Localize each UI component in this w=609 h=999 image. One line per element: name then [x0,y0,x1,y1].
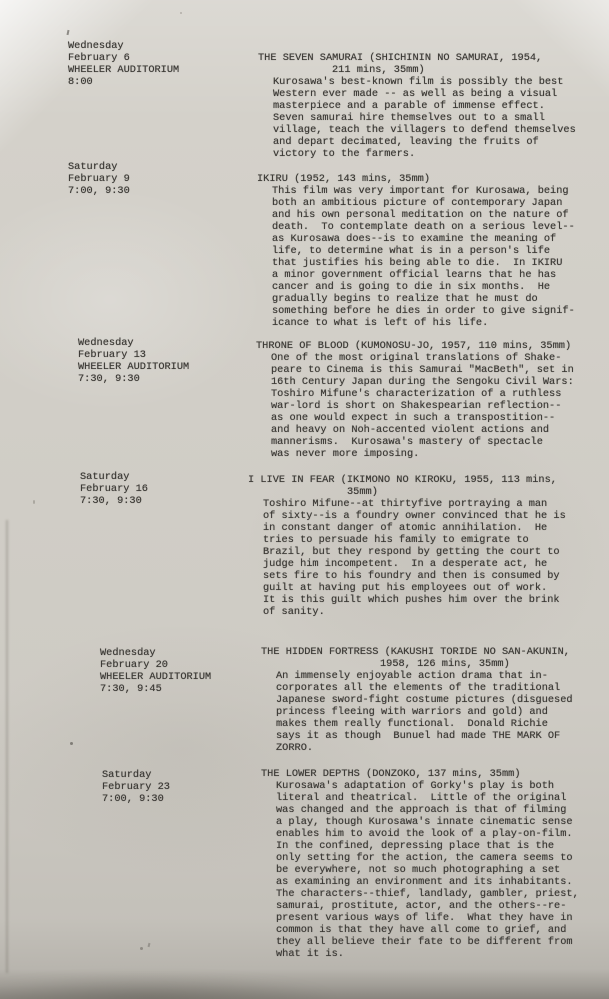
film-description-line: Toshiro Mifune's characterization of a r… [271,388,574,400]
film-description-line: a minor government official learns that … [272,269,575,281]
scan-speck [67,30,70,35]
screening-schedule: SaturdayFebruary 97:00, 9:30 [68,161,130,197]
film-description-line: something before he dies in order to giv… [272,305,575,317]
screening-schedule: SaturdayFebruary 167:30, 9:30 [80,471,148,507]
schedule-line: Wednesday [100,647,211,659]
film-description-line: in constant danger of atomic annihilatio… [263,522,566,534]
film-description-line: 16th Century Japan during the Sengoku Ci… [271,376,574,388]
scan-speck [33,500,35,504]
film-description-line: It is this guilt which pushes him over t… [263,594,566,606]
film-description-line: An immensely enjoyable action drama that… [276,670,573,682]
film-description-line: judge him incompetent. In a desperate ac… [263,558,566,570]
film-description-line: Brazil, but they respond by getting the … [263,546,566,558]
scan-speck [140,947,143,950]
film-description-line: was changed and the approach is that of … [276,804,579,816]
film-description-line: both an ambitious picture of contemporar… [272,197,575,209]
film-title-line: 35mm) [248,486,566,498]
film-description-line: Western ever made -- as well as being a … [273,88,576,100]
film-description-line: present various ways of life. What they … [276,912,579,924]
schedule-line: Saturday [80,471,148,483]
film-description-line: tries to persuade his family to emigrate… [263,534,566,546]
film-description-line: peare to Cinema is this Samurai "MacBeth… [271,364,574,376]
schedule-line: Wednesday [78,337,189,349]
film-description-line: death. To contemplate death on a serious… [272,221,575,233]
film-description-line: village, teach the villagers to defend t… [273,124,576,136]
film-description-line: as Kurosawa does--is to examine the mean… [272,233,575,245]
film-description: Toshiro Mifune--at thirtyfive portraying… [263,498,566,618]
schedule-line: February 9 [68,173,130,185]
schedule-line: 7:30, 9:30 [80,495,148,507]
schedule-line: Wednesday [68,40,179,52]
film-description-line: literal and theatrical. Little of the or… [276,792,579,804]
film-description-line: samurai, prostitute, actor, and the othe… [276,900,579,912]
film-title: THE SEVEN SAMURAI (SHICHININ NO SAMURAI,… [258,52,576,76]
film-description-line: as examining an environment and its inha… [276,876,579,888]
film-description-line: and depart decimated, leaving the fruits… [273,136,576,148]
schedule-line: February 23 [102,781,170,793]
film-description-line: sets fire to his foundry and then is con… [263,570,566,582]
film-entry: THRONE OF BLOOD (KUMONOSU-JO, 1957, 110 … [256,340,574,460]
film-description-line: war-lord is short on Shakespearian refle… [271,400,574,412]
schedule-line: Saturday [68,161,130,173]
film-description-line: what it is. [276,948,579,960]
film-entry: I LIVE IN FEAR (IKIMONO NO KIROKU, 1955,… [248,474,566,618]
screening-schedule: SaturdayFebruary 237:00, 9:30 [102,769,170,805]
film-description-line: Japanese sword-fight costume pictures (d… [276,694,573,706]
film-title-line: 211 mins, 35mm) [258,64,576,76]
schedule-line: 7:00, 9:30 [102,793,170,805]
film-description-line: gradually begins to realize that he must… [272,293,575,305]
scan-speck [70,742,73,745]
film-description-line: Seven samurai hire themselves out to a s… [273,112,576,124]
film-description-line: was never more imposing. [271,448,574,460]
film-entry: THE SEVEN SAMURAI (SHICHININ NO SAMURAI,… [258,52,576,160]
film-description: Kurosawa's best-known film is possibly t… [273,76,576,160]
schedule-line: Saturday [102,769,170,781]
film-description-line: Toshiro Mifune--at thirtyfive portraying… [263,498,566,510]
screening-schedule: WednesdayFebruary 6WHEELER AUDITORIUM8:0… [68,40,179,88]
film-description-line: masterpiece and a parable of immense eff… [273,100,576,112]
film-title-line: THE LOWER DEPTHS (DONZOKO, 137 mins, 35m… [261,768,579,780]
schedule-line: 8:00 [68,76,179,88]
film-entry: THE LOWER DEPTHS (DONZOKO, 137 mins, 35m… [261,768,579,960]
film-description-line: enables him to avoid the look of a play-… [276,828,579,840]
film-entry: IKIRU (1952, 143 mins, 35mm) This film w… [257,173,575,329]
film-description-line: Kurosawa's best-known film is possibly t… [273,76,576,88]
film-title: THE HIDDEN FORTRESS (KAKUSHI TORIDE NO S… [261,646,573,670]
schedule-line: 7:30, 9:45 [100,683,211,695]
scan-speck [148,943,151,947]
scan-speck [180,12,182,14]
schedule-line: February 6 [68,52,179,64]
film-title-line: THE SEVEN SAMURAI (SHICHININ NO SAMURAI,… [258,52,576,64]
film-description-line: of sixty--is a foundry owner convinced t… [263,510,566,522]
film-title-line: THE HIDDEN FORTRESS (KAKUSHI TORIDE NO S… [261,646,573,658]
film-description: An immensely enjoyable action drama that… [276,670,573,754]
film-description-line: only setting for the action, the camera … [276,852,579,864]
paper-crease [6,520,8,973]
film-description: This film was very important for Kurosaw… [272,185,575,329]
film-description-line: and his own personal meditation on the n… [272,209,575,221]
film-description-line: life, to determine what is in a person's… [272,245,575,257]
film-title-line: THRONE OF BLOOD (KUMONOSU-JO, 1957, 110 … [256,340,574,352]
film-description-line: mannerisms. Kurosawa's mastery of specta… [271,436,574,448]
film-description-line: This film was very important for Kurosaw… [272,185,575,197]
film-description: Kurosawa's adaptation of Gorky's play is… [276,780,579,960]
film-description-line: common is that they have all come to gri… [276,924,579,936]
film-description-line: and heavy on Noh-accented violent action… [271,424,574,436]
schedule-line: 7:00, 9:30 [68,185,130,197]
film-title-line: IKIRU (1952, 143 mins, 35mm) [257,173,575,185]
film-title: I LIVE IN FEAR (IKIMONO NO KIROKU, 1955,… [248,474,566,498]
film-description-line: says it as though Bunuel had made THE MA… [276,730,573,742]
film-description-line: ZORRO. [276,742,573,754]
film-description-line: be everywhere, not so much photographing… [276,864,579,876]
film-description-line: victory to the farmers. [273,148,576,160]
screening-schedule: WednesdayFebruary 13WHEELER AUDITORIUM7:… [78,337,189,385]
film-description-line: of sanity. [263,606,566,618]
film-title: IKIRU (1952, 143 mins, 35mm) [257,173,575,185]
schedule-line: February 13 [78,349,189,361]
film-description-line: as one would expect in such a transposti… [271,412,574,424]
scanned-document-page: WednesdayFebruary 6WHEELER AUDITORIUM8:0… [0,0,609,999]
film-title: THE LOWER DEPTHS (DONZOKO, 137 mins, 35m… [261,768,579,780]
film-title-line: I LIVE IN FEAR (IKIMONO NO KIROKU, 1955,… [248,474,566,486]
screening-schedule: WednesdayFebruary 20WHEELER AUDITORIUM7:… [100,647,211,695]
schedule-line: February 16 [80,483,148,495]
schedule-line: WHEELER AUDITORIUM [68,64,179,76]
film-description: One of the most original translations of… [271,352,574,460]
film-description-line: princess fleeing with warriors and gold)… [276,706,573,718]
film-description-line: they all believe their fate to be differ… [276,936,579,948]
film-title: THRONE OF BLOOD (KUMONOSU-JO, 1957, 110 … [256,340,574,352]
film-entry: THE HIDDEN FORTRESS (KAKUSHI TORIDE NO S… [261,646,573,754]
schedule-line: 7:30, 9:30 [78,373,189,385]
film-description-line: makes them really functional. Donald Ric… [276,718,573,730]
film-description-line: a play, though Kurosawa's innate cinemat… [276,816,579,828]
schedule-line: WHEELER AUDITORIUM [78,361,189,373]
film-description-line: One of the most original translations of… [271,352,574,364]
scan-shadow [0,973,400,999]
film-description-line: Kurosawa's adaptation of Gorky's play is… [276,780,579,792]
film-description-line: In the confined, depressing place that i… [276,840,579,852]
film-description-line: that justifies his being able to die. In… [272,257,575,269]
schedule-line: February 20 [100,659,211,671]
schedule-line: WHEELER AUDITORIUM [100,671,211,683]
film-description-line: cancer and is going to die in six months… [272,281,575,293]
film-title-line: 1958, 126 mins, 35mm) [261,658,573,670]
film-description-line: The characters--thief, landlady, gambler… [276,888,579,900]
film-description-line: icance to what is left of his life. [272,317,575,329]
film-description-line: corporates all the elements of the tradi… [276,682,573,694]
film-description-line: guilt at having put his employees out of… [263,582,566,594]
